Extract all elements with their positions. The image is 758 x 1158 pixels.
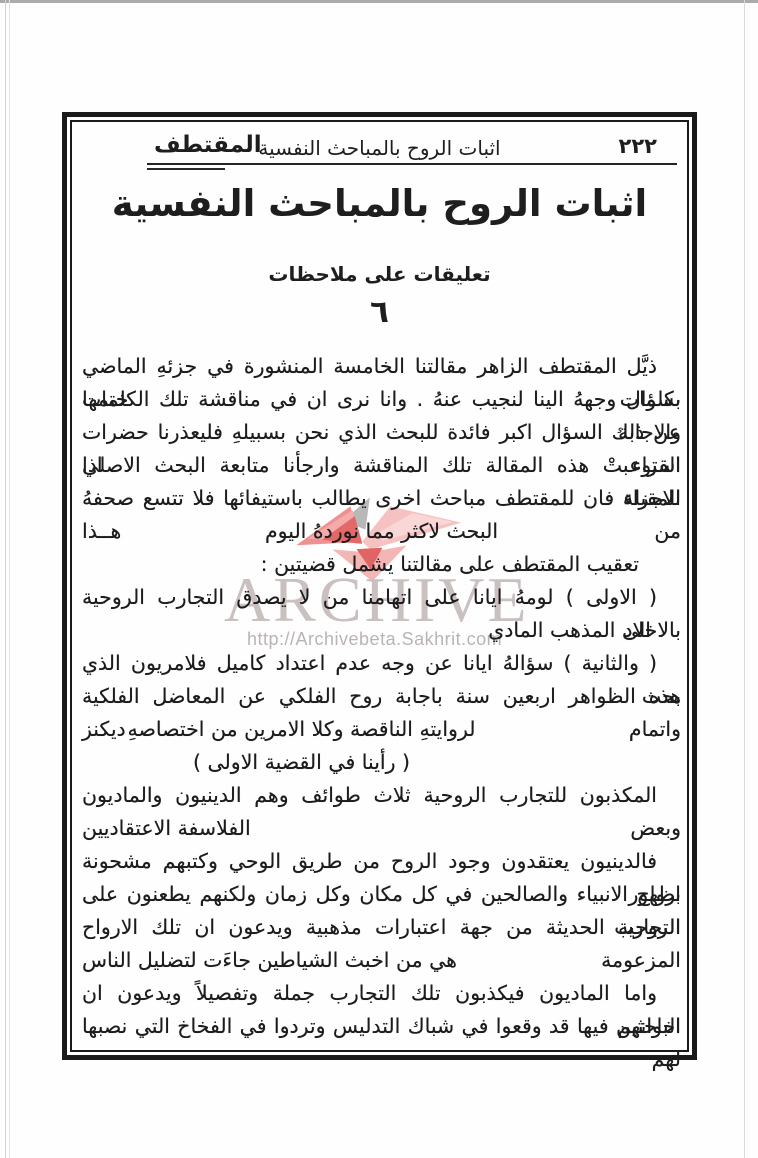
page-frame-inner: المقتطف اثبات الروح بالمباحث النفسية ٢٢٢…	[70, 120, 689, 1052]
body-line: الروحية الحديثة من جهة اعتبارات مذهبية و…	[82, 911, 681, 944]
body-line: هي من اخبث الشياطين جاءَت لتضليل الناس	[82, 944, 681, 977]
body-line: بسؤال وجههُ الينا لنجيب عنهُ . وانا نرى …	[82, 383, 681, 416]
body-line: المكذبون للتجارب الروحية ثلاث طوائف وهم …	[82, 779, 681, 812]
body-line: هذه الظواهر اربعين سنة باجابة روح الفلكي…	[82, 680, 681, 713]
article-body: ذيَّل المقتطف الزاهر مقالتنا الخامسة الم…	[82, 350, 681, 1043]
scan-top-edge	[0, 0, 758, 3]
body-line: ( والثانية ) سؤالهُ ايانا عن وجه عدم اعت…	[82, 647, 681, 680]
body-line: عن ذلك السؤال اكبر فائدة للبحث الذي نحن …	[82, 416, 681, 449]
article-title: اثبات الروح بالمباحث النفسية	[72, 182, 687, 225]
body-line: ذيَّل المقتطف الزاهر مقالتنا الخامسة الم…	[82, 350, 681, 383]
body-line: الفلاسفة الاعتقاديين	[82, 812, 681, 845]
body-line: ( رأينا في القضية الاولى )	[2, 746, 601, 779]
body-line: واما الماديون فيكذبون تلك التجارب جملة و…	[82, 977, 681, 1010]
scan-left-edge-line-2	[9, 0, 10, 1158]
header-rule-under-journal	[147, 168, 225, 170]
body-line: ارواح الانبياء والصالحين في كل مكان وكل …	[82, 878, 681, 911]
body-line: المقبلة فان للمقتطف مباحث اخرى يطالب باس…	[82, 482, 681, 515]
scanned-journal-page: { "page": { "header": { "journal_name": …	[0, 0, 758, 1158]
body-line: لروايتهِ الناقصة وكلا الامرين من اختصاصه…	[2, 713, 601, 746]
header-running-title: اثبات الروح بالمباحث النفسية	[72, 136, 687, 160]
body-line: استوعبتْ هذه المقالة تلك المناقشة وارجأن…	[82, 449, 681, 482]
body-line: تعقيب المقتطف على مقالتنا يشمل قضيتين :	[82, 548, 681, 581]
page-frame: المقتطف اثبات الروح بالمباحث النفسية ٢٢٢…	[62, 112, 697, 1060]
body-line: فالدينيون يعتقدون وجود الروح من طريق الو…	[82, 845, 681, 878]
scan-left-edge-line	[5, 0, 6, 1158]
article-subtitle: تعليقات على ملاحظات	[72, 262, 687, 286]
section-number: ٦	[72, 294, 687, 330]
header-rule	[147, 163, 677, 165]
body-line: الى المذهب المادي	[82, 614, 681, 647]
body-line: ( الاولى ) لومهُ ايانا على اتهامنا من لا…	[82, 581, 681, 614]
scan-right-edge-line	[744, 0, 745, 1158]
body-line: الباحثين فيها قد وقعوا في شباك التدليس و…	[82, 1010, 681, 1043]
header-page-number: ٢٢٢	[619, 134, 657, 158]
